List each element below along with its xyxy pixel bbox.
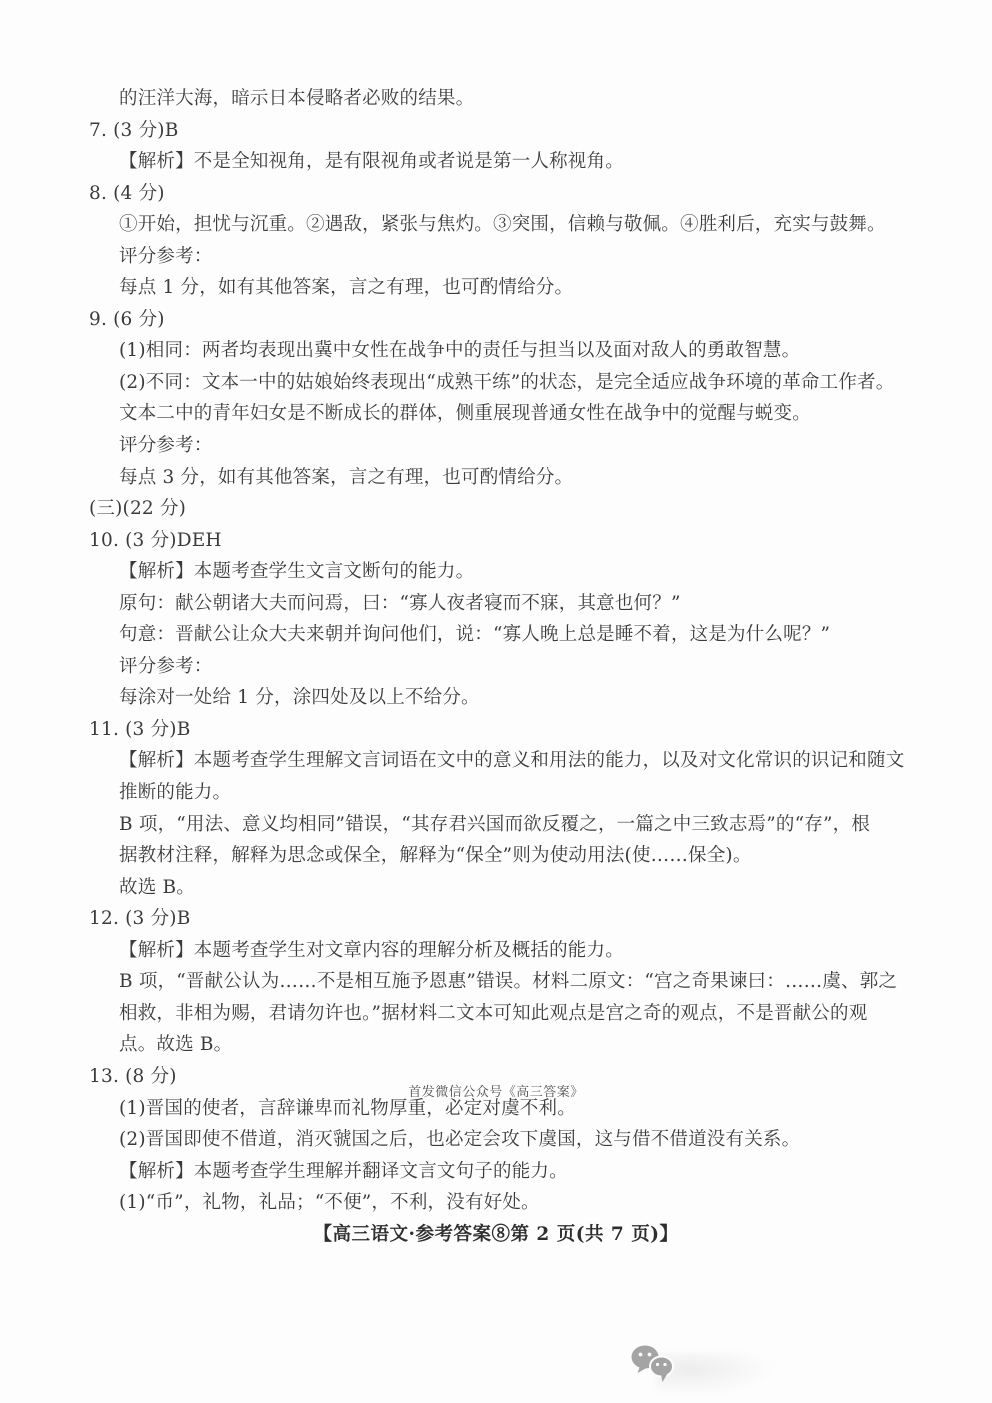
text-line: 8. (4 分): [0, 178, 992, 210]
text-line: (1)相同：两者均表现出冀中女性在战争中的责任与担当以及面对敌人的勇敢智慧。: [0, 335, 992, 367]
text-line: 【解析】本题考查学生文言文断句的能力。: [0, 556, 992, 588]
watermark-text: 首发微信公众号《高三答案》: [0, 1081, 992, 1100]
text-line: 文本二中的青年妇女是不断成长的群体，侧重展现普通女性在战争中的觉醒与蜕变。: [0, 398, 992, 430]
text-line: 评分参考：: [0, 651, 992, 683]
text-line: (2)不同：文本一中的姑娘始终表现出“成熟干练”的状态，是完全适应战争环境的革命…: [0, 367, 992, 399]
text-line: 10. (3 分)DEH: [0, 525, 992, 557]
text-line: 每点 1 分，如有其他答案，言之有理，也可酌情给分。: [0, 272, 992, 304]
text-line: 11. (3 分)B: [0, 714, 992, 746]
text-line: B 项，“晋献公认为……不是相互施予恩惠”错误。材料二原文：“宫之奇果谏曰：………: [0, 966, 992, 998]
text-line: 12. (3 分)B: [0, 903, 992, 935]
text-line: ①开始，担忧与沉重。②遇敌，紧张与焦灼。③突围，信赖与敬佩。④胜利后，充实与鼓舞…: [0, 209, 992, 241]
text-line: 原句：献公朝诸大夫而问焉，曰：“寡人夜者寝而不寐，其意也何？”: [0, 588, 992, 620]
answer-key-content: 的汪洋大海，暗示日本侵略者必败的结果。7. (3 分)B【解析】不是全知视角，是…: [0, 83, 992, 1250]
text-line: 每点 3 分，如有其他答案，言之有理，也可酌情给分。: [0, 462, 992, 494]
text-line: 【解析】本题考查学生对文章内容的理解分析及概括的能力。: [0, 935, 992, 967]
wechat-bubble-right: [650, 1357, 673, 1383]
text-line: 点。故选 B。: [0, 1029, 992, 1061]
wechat-icon: [630, 1343, 676, 1385]
text-line: 故选 B。: [0, 872, 992, 904]
text-line: 每涂对一处给 1 分，涂四处及以上不给分。: [0, 682, 992, 714]
text-line: 推断的能力。: [0, 777, 992, 809]
text-line: 相救，非相为赐，君请勿许也。”据材料二文本可知此观点是宫之奇的观点，不是晋献公的…: [0, 998, 992, 1030]
text-line: 9. (6 分): [0, 304, 992, 336]
text-line: 的汪洋大海，暗示日本侵略者必败的结果。: [0, 83, 992, 115]
text-line: 【解析】本题考查学生理解并翻译文言文句子的能力。: [0, 1156, 992, 1188]
text-line: (1)“币”，礼物，礼品；“不便”，不利，没有好处。: [0, 1187, 992, 1219]
text-line: 评分参考：: [0, 430, 992, 462]
text-line: 【解析】本题考查学生理解文言词语在文中的意义和用法的能力，以及对文化常识的识记和…: [0, 745, 992, 777]
text-line: 据教材注释，解释为思念或保全，解释为“保全”则为使动用法(使……保全)。: [0, 840, 992, 872]
text-line: 7. (3 分)B: [0, 115, 992, 147]
text-line: B 项，“用法、意义均相同”错误，“其存君兴国而欲反覆之，一篇之中三致志焉”的“…: [0, 809, 992, 841]
text-line: (三)(22 分): [0, 493, 992, 525]
text-line: 【解析】不是全知视角，是有限视角或者说是第一人称视角。: [0, 146, 992, 178]
document-page: 的汪洋大海，暗示日本侵略者必败的结果。7. (3 分)B【解析】不是全知视角，是…: [0, 0, 992, 1403]
page-footer: 【高三语文·参考答案⑧第 2 页(共 7 页)】: [0, 1219, 992, 1251]
text-line: 评分参考：: [0, 241, 992, 273]
text-line: (2)晋国即使不借道，消灭虢国之后，也必定会攻下虞国，这与借不借道没有关系。: [0, 1124, 992, 1156]
text-line: 句意：晋献公让众大夫来朝并询问他们，说：“寡人晚上总是睡不着，这是为什么呢？”: [0, 619, 992, 651]
